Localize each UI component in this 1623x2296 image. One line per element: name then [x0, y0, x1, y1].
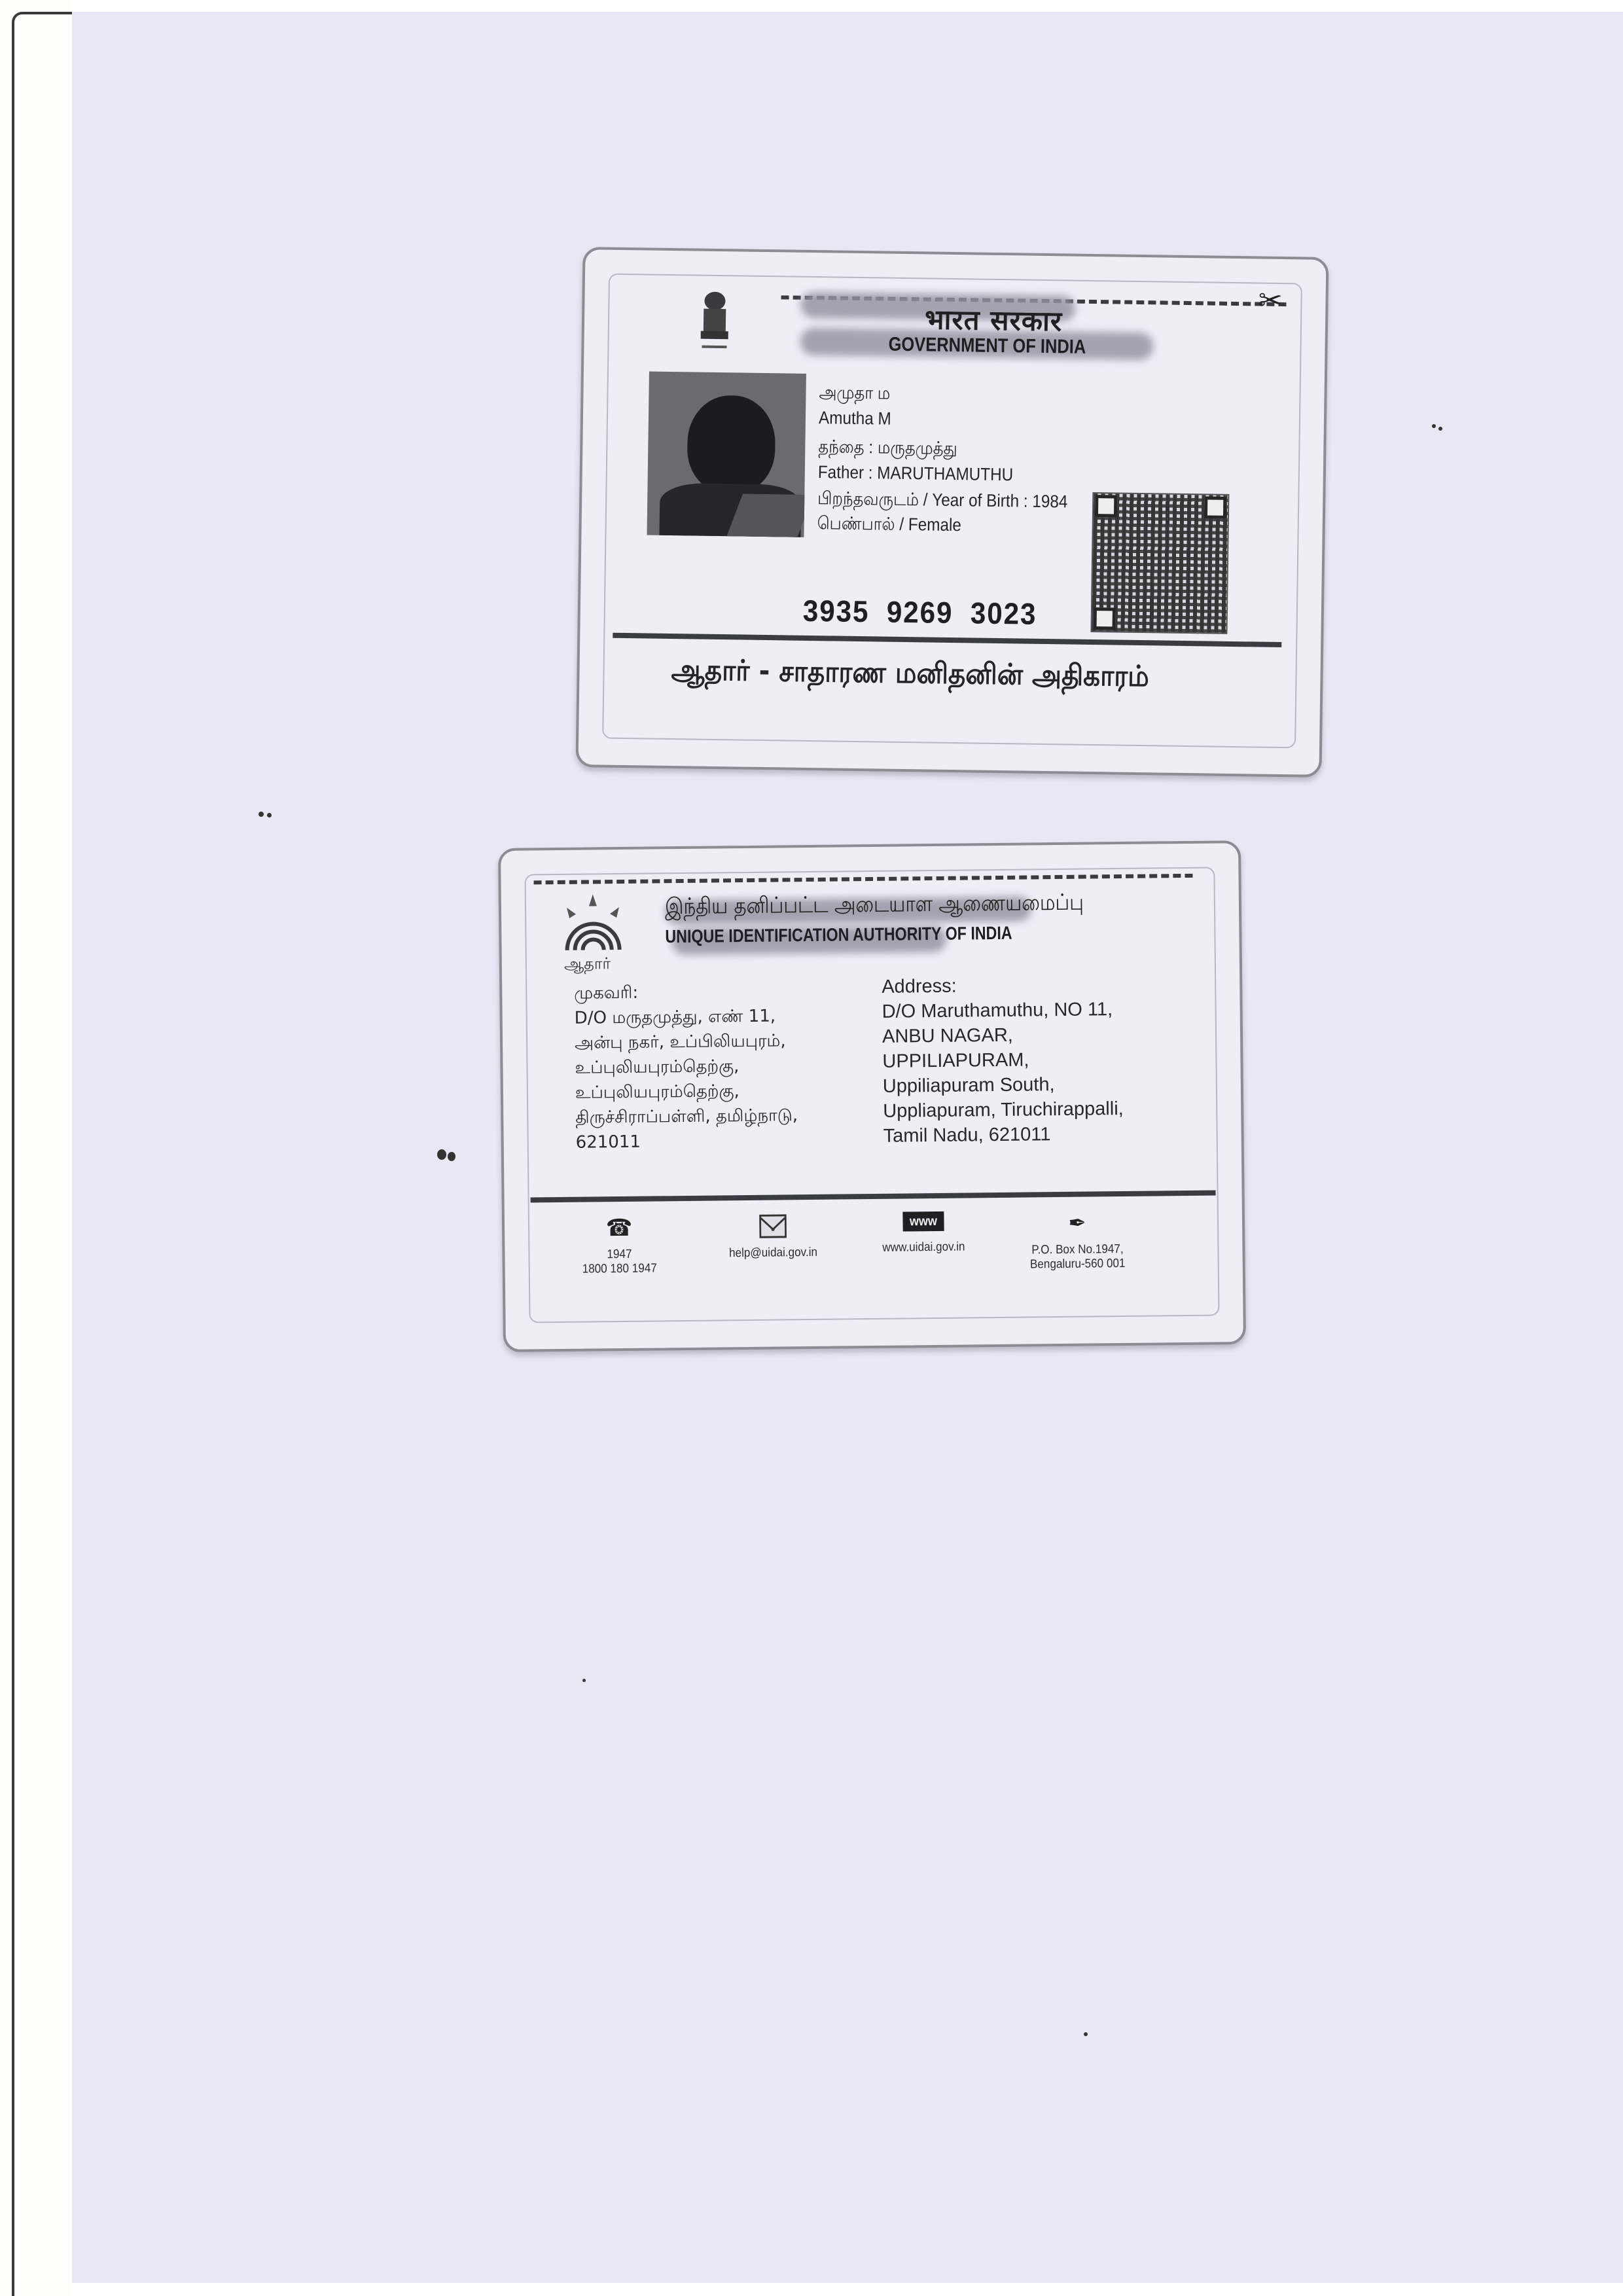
tagline: ஆதார் - சாதாரண மனிதனின் அதிகாரம் — [671, 653, 1149, 697]
national-emblem-icon — [695, 289, 734, 355]
email-address: help@uidai.gov.in — [714, 1246, 832, 1261]
address-english-line: UPPILIAPURAM, — [882, 1047, 1123, 1074]
qr-code-icon — [1090, 492, 1229, 634]
scan-corner — [12, 12, 72, 2296]
aadhaar-logo-text: ஆதார் — [564, 954, 611, 975]
envelope-icon — [759, 1214, 787, 1238]
address-english: Address: D/O Maruthamuthu, NO 11, ANBU N… — [882, 972, 1124, 1149]
address-tamil-line: அன்பு நகர், உப்பிலியபுரம், — [575, 1028, 797, 1056]
contact-phone: ☎ 1947 1800 180 1947 — [575, 1215, 664, 1276]
authority-tamil: இந்திய தனிப்பட்ட அடையாள ஆணையமைப்பு — [665, 889, 1084, 923]
address-tamil-line: திருச்சிராப்பள்ளி, தமிழ்நாடு, — [575, 1103, 798, 1130]
header-english: GOVERNMENT OF INDIA — [888, 334, 1086, 359]
year-of-birth: பிறந்தவருடம் / Year of Birth : 1984 — [817, 488, 1068, 514]
address-tamil-line: D/O மருதமுத்து, எண் 11, — [575, 1003, 797, 1031]
scan-speck — [1432, 424, 1436, 428]
name-english: Amutha M — [819, 408, 891, 429]
father-tamil: தந்தை : மருதமுத்து — [818, 437, 957, 461]
header-hindi: भारत सरकार — [925, 300, 1063, 339]
address-tamil-line: 621011 — [576, 1128, 798, 1155]
www-icon: www — [902, 1211, 944, 1232]
address-tamil-line: உப்புலியபுரம்தெற்கு, — [575, 1053, 797, 1081]
address-tamil: முகவரி: D/O மருதமுத்து, எண் 11, அன்பு நக… — [574, 978, 798, 1155]
scan-speck — [582, 1679, 586, 1682]
address-english-line: Tamil Nadu, 621011 — [883, 1121, 1124, 1149]
aadhaar-front-card: ✂ भारत सरकार GOVERNMENT OF INDIA அமுதா ம… — [576, 247, 1329, 778]
telephone-icon: ☎ — [575, 1215, 663, 1240]
aadhaar-logo-icon — [554, 894, 633, 954]
name-tamil: அமுதா ம — [819, 382, 890, 406]
address-english-label: Address: — [882, 972, 1122, 999]
scan-speck — [1084, 2032, 1088, 2036]
scissors-icon: ✂ — [1258, 284, 1283, 318]
authority-english: UNIQUE IDENTIFICATION AUTHORITY OF INDIA — [665, 923, 1012, 948]
phone-short: 1947 — [575, 1247, 664, 1262]
contact-postal: ✒ P.O. Box No.1947, Bengaluru-560 001 — [1015, 1211, 1139, 1272]
website-url: www.uidai.gov.in — [868, 1240, 980, 1255]
aadhaar-back-card: ஆதார் இந்திய தனிப்பட்ட அடையாள ஆணையமைப்பு… — [498, 840, 1246, 1352]
scan-speck — [267, 813, 272, 817]
address-english-line: D/O Maruthamuthu, NO 11, — [882, 997, 1122, 1024]
scan-speck — [437, 1149, 446, 1160]
aadhaar-number: 3935 9269 3023 — [803, 593, 1037, 632]
holder-photo — [647, 372, 806, 537]
address-tamil-line: உப்புலியபுரம்தெற்கு, — [575, 1078, 798, 1105]
gender: பெண்பால் / Female — [817, 513, 961, 538]
scan-speck — [1438, 427, 1442, 431]
father-english: Father : MARUTHAMUTHU — [818, 462, 1014, 485]
scan-speck — [448, 1152, 455, 1161]
address-english-line: Uppiliapuram South, — [883, 1071, 1124, 1099]
po-city: Bengaluru-560 001 — [1016, 1257, 1139, 1272]
scan-edge — [0, 0, 72, 2296]
address-english-line: Uppliapuram, Tiruchirappalli, — [883, 1096, 1124, 1124]
phone-tollfree: 1800 180 1947 — [575, 1261, 664, 1276]
address-tamil-label: முகவரி: — [574, 978, 796, 1006]
contact-website: www www.uidai.gov.in — [867, 1211, 980, 1255]
po-box: P.O. Box No.1947, — [1016, 1242, 1139, 1258]
pen-nib-icon: ✒ — [1015, 1211, 1139, 1236]
scan-speck — [259, 812, 264, 817]
contact-email: help@uidai.gov.in — [714, 1214, 832, 1261]
address-english-line: ANBU NAGAR, — [882, 1022, 1123, 1049]
